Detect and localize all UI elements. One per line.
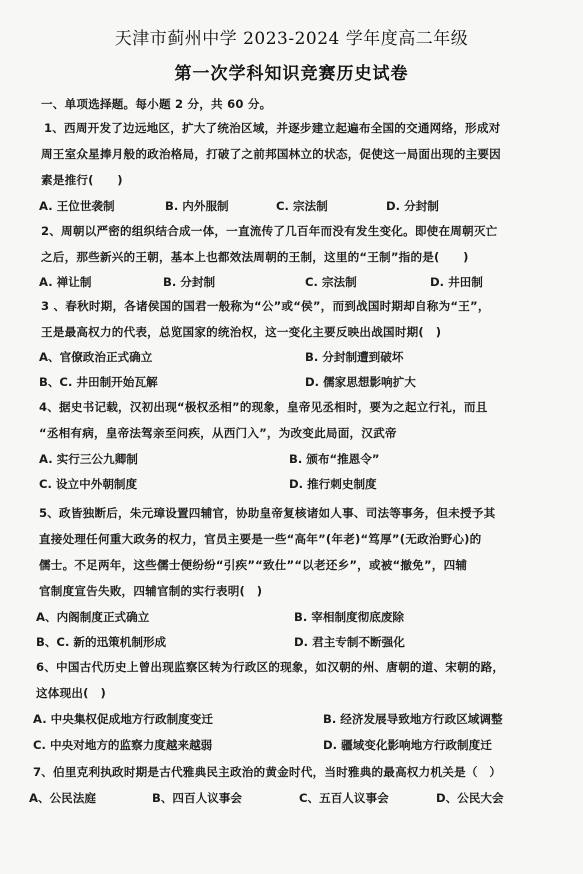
question-1-line-3: 素是推行( ) [41, 172, 123, 188]
question-6-option-a: A. 中央集权促成地方行政制度变迁 [33, 711, 213, 727]
question-7-option-c: C、五百人议事会 [299, 790, 389, 806]
question-5-line-2: 直接处理任何重大政务的权力，官员主要是一些“高年”(年老)“笃厚”(无政治野心)… [39, 531, 481, 547]
question-7-option-b: B、四百人议事会 [152, 790, 242, 806]
question-5-option-d: D. 君主专制不断强化 [294, 634, 405, 650]
question-3-option-a: A、官僚政治正式确立 [39, 349, 152, 365]
question-1-option-d: D. 分封制 [386, 198, 439, 214]
question-5-option-a: A、内阁制度正式确立 [36, 609, 149, 625]
question-2-option-c: C. 宗法制 [305, 274, 357, 290]
question-3-option-b: B. 分封制遭到破坏 [305, 349, 403, 365]
question-1-line-2: 周王室众星捧月般的政治格局，打破了之前邦国林立的状态，促使这一局面出现的主要因 [41, 146, 501, 162]
exam-page: 天津市蓟州中学 2023-2024 学年度高二年级 第一次学科知识竞赛历史试卷 … [0, 0, 583, 874]
question-7-line-1: 7、伯里克利执政时期是古代雅典民主政治的黄金时代，当时雅典的最高权力机关是（ ） [33, 764, 501, 780]
question-7-option-d: D、公民大会 [436, 790, 504, 806]
question-6-line-1: 6、中国古代历史上曾出现监察区转为行政区的现象，如汉朝的州、唐朝的道、宋朝的路， [36, 659, 504, 675]
question-4-line-1: 4、据史书记载，汉初出现“极权丞相”的现象，皇帝见丞相时，要为之起立行礼，而且 [39, 399, 487, 415]
question-1-option-a: A. 王位世袭制 [39, 198, 115, 214]
question-4-option-c: C. 设立中外朝制度 [39, 476, 137, 492]
question-5-line-1: 5、政皆独断后，朱元璋设置四辅官，协助皇帝复核诸如人事、司法等事务，但未授予其 [39, 505, 495, 521]
question-2-option-a: A. 禅让制 [39, 274, 91, 290]
question-6-option-b: B. 经济发展导致地方行政区域调整 [323, 711, 503, 727]
question-3-line-2: 王是最高权力的代表，总览国家的统治权，这一变化主要反映出战国时期( ) [41, 324, 441, 340]
question-7-option-a: A、公民法庭 [29, 790, 96, 806]
question-5-line-4: 官制度宣告失败，四辅官制的实行表明( ) [39, 583, 262, 599]
question-6-line-2: 这体现出( ) [36, 685, 106, 701]
exam-title-line2: 第一次学科知识竞赛历史试卷 [0, 59, 583, 84]
question-5-line-3: 儒士。不足两年，这些儒士便纷纷“引疾”“致仕”“以老还乡”，或被“撤免”，四辅 [39, 557, 467, 573]
question-3-line-1: 3 、春秋时期，各诸侯国的国君一般称为“公”或“侯”，而到战国时期却自称为“王”… [41, 298, 490, 314]
question-4-option-a: A. 实行三公九卿制 [39, 451, 138, 467]
section-heading: 一、单项选择题。每小题 2 分，共 60 分。 [41, 96, 271, 112]
question-1-option-c: C. 宗法制 [276, 198, 328, 214]
question-4-line-2: “丞相有病，皇帝法驾亲至问疾，从西门入”，为改变此局面，汉武帝 [39, 425, 397, 441]
question-1-option-b: B. 内外服制 [165, 198, 229, 214]
question-4-option-d: D. 推行刺史制度 [289, 476, 377, 492]
question-3-option-c: B、C. 井田制开始瓦解 [39, 374, 158, 390]
question-3-option-d: D. 儒家思想影响扩大 [305, 374, 416, 390]
question-2-line-1: 2、周朝以严密的组织结合成一体，一直流传了几百年而没有发生变化。即使在周朝灭亡 [41, 223, 497, 239]
question-2-line-2: 之后，那些新兴的王朝，基本上也都效法周朝的王制，这里的“王制”指的是( ) [41, 249, 469, 265]
question-1-line-1: 1、西周开发了边远地区，扩大了统治区域，并逐步建立起遍布全国的交通网络，形成对 [44, 120, 500, 136]
question-6-option-c: C. 中央对地方的监察力度越来越弱 [33, 737, 212, 753]
exam-title-line1: 天津市蓟州中学 2023-2024 学年度高二年级 [0, 24, 583, 49]
question-2-option-b: B. 分封制 [163, 274, 215, 290]
question-5-option-c: B、C. 新的迅策机制形成 [36, 634, 166, 650]
question-2-option-d: D. 井田制 [430, 274, 483, 290]
question-6-option-d: D. 疆域变化影响地方行政制度迁 [323, 737, 492, 753]
question-5-option-b: B. 宰相制度彻底废除 [294, 609, 404, 625]
question-4-option-b: B. 颁布“推恩令” [289, 451, 380, 467]
